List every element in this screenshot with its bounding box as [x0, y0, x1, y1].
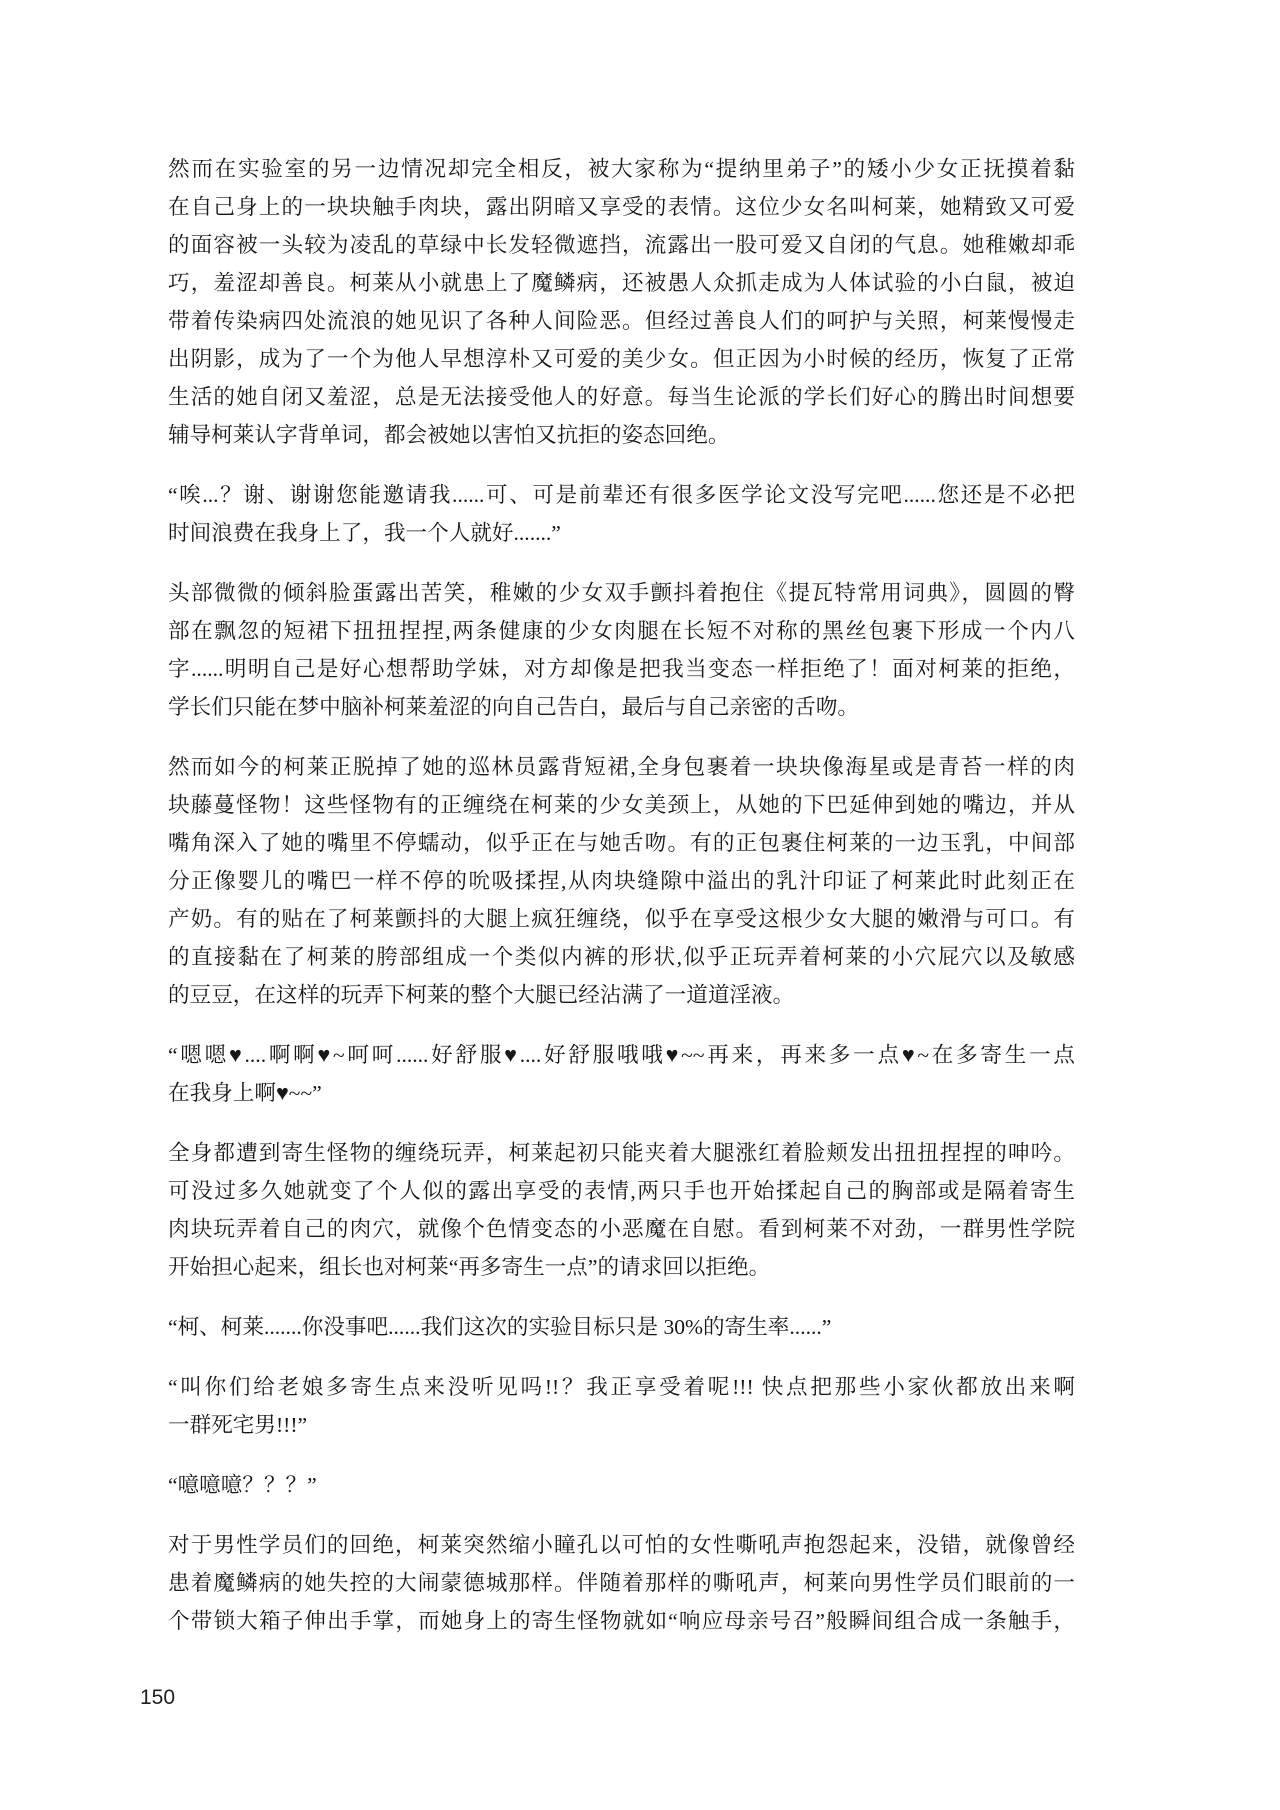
text-line: 块藤蔓怪物！这些怪物有的正缠绕在柯莱的少女美颈上，从她的下巴延伸到她的嘴边，并从 [168, 786, 1075, 824]
text-line: 然而在实验室的另一边情况却完全相反，被大家称为“提纳里弟子”的矮小少女正抚摸着黏 [168, 150, 1075, 188]
document-page: 然而在实验室的另一边情况却完全相反，被大家称为“提纳里弟子”的矮小少女正抚摸着黏… [0, 0, 1280, 1810]
page-body: 然而在实验室的另一边情况却完全相反，被大家称为“提纳里弟子”的矮小少女正抚摸着黏… [168, 150, 1075, 1662]
text-line: 的豆豆，在这样的玩弄下柯莱的整个大腿已经沾满了一道道淫液。 [168, 976, 1075, 1014]
paragraph-dialogue: “叫你们给老娘多寄生点来没听见吗!!？我正享受着呢!!! 快点把那些小家伙都放出… [168, 1368, 1075, 1444]
text-line: 然而如今的柯莱正脱掉了她的巡林员露背短裙,全身包裹着一块块像海星或是青苔一样的肉 [168, 748, 1075, 786]
text-line: 时间浪费在我身上了，我一个人就好.......” [168, 514, 1075, 552]
page-number: 150 [140, 1686, 175, 1710]
text-line: 全身都遭到寄生怪物的缠绕玩弄，柯莱起初只能夹着大腿涨红着脸颊发出扭扭捏捏的呻吟。 [168, 1134, 1075, 1172]
paragraph-narration: 然而如今的柯莱正脱掉了她的巡林员露背短裙,全身包裹着一块块像海星或是青苔一样的肉… [168, 748, 1075, 1014]
text-line: 的直接黏在了柯莱的胯部组成一个类似内裤的形状,似乎正玩弄着柯莱的小穴屁穴以及敏感 [168, 938, 1075, 976]
text-line: 辅导柯莱认字背单词，都会被她以害怕又抗拒的姿态回绝。 [168, 416, 1075, 454]
text-line: 可没过多久她就变了个人似的露出享受的表情,两只手也开始揉起自己的胸部或是隔着寄生 [168, 1172, 1075, 1210]
text-line: 头部微微的倾斜脸蛋露出苦笑，稚嫩的少女双手颤抖着抱住《提瓦特常用词典》，圆圆的臀 [168, 574, 1075, 612]
text-line: 学长们只能在梦中脑补柯莱羞涩的向自己告白，最后与自己亲密的舌吻。 [168, 688, 1075, 726]
paragraph-narration: 然而在实验室的另一边情况却完全相反，被大家称为“提纳里弟子”的矮小少女正抚摸着黏… [168, 150, 1075, 454]
text-line: 产奶。有的贴在了柯莱颤抖的大腿上疯狂缠绕，似乎在享受这根少女大腿的嫩滑与可口。有 [168, 900, 1075, 938]
text-line: 肉块玩弄着自己的肉穴，就像个色情变态的小恶魔在自慰。看到柯莱不对劲，一群男性学院 [168, 1210, 1075, 1248]
text-line: “叫你们给老娘多寄生点来没听见吗!!？我正享受着呢!!! 快点把那些小家伙都放出… [168, 1368, 1075, 1406]
text-line: “唉...？谢、谢谢您能邀请我......可、可是前辈还有很多医学论文没写完吧.… [168, 476, 1075, 514]
paragraph-dialogue: “柯、柯莱.......你没事吧......我们这次的实验目标只是 30%的寄生… [168, 1308, 1075, 1346]
paragraph-dialogue: “噫噫噫？？？” [168, 1466, 1075, 1504]
text-line: “柯、柯莱.......你没事吧......我们这次的实验目标只是 30%的寄生… [168, 1308, 1075, 1346]
text-line: 开始担心起来，组长也对柯莱“再多寄生一点”的请求回以拒绝。 [168, 1248, 1075, 1286]
text-line: 生活的她自闭又羞涩，总是无法接受他人的好意。每当生论派的学长们好心的腾出时间想要 [168, 378, 1075, 416]
text-line: 字......明明自己是好心想帮助学妹，对方却像是把我当变态一样拒绝了！面对柯莱… [168, 650, 1075, 688]
text-line: “噫噫噫？？？” [168, 1466, 1075, 1504]
text-line: 对于男性学员们的回绝，柯莱突然缩小瞳孔以可怕的女性嘶吼声抱怨起来，没错，就像曾经 [168, 1526, 1075, 1564]
text-line: 在自己身上的一块块触手肉块，露出阴暗又享受的表情。这位少女名叫柯莱，她精致又可爱 [168, 188, 1075, 226]
text-line: 出阴影，成为了一个为他人早想淳朴又可爱的美少女。但正因为小时候的经历，恢复了正常 [168, 340, 1075, 378]
text-line: 嘴角深入了她的嘴里不停蠕动，似乎正在与她舌吻。有的正包裹住柯莱的一边玉乳，中间部 [168, 824, 1075, 862]
text-line: 一群死宅男!!!” [168, 1406, 1075, 1444]
paragraph-narration: 全身都遭到寄生怪物的缠绕玩弄，柯莱起初只能夹着大腿涨红着脸颊发出扭扭捏捏的呻吟。… [168, 1134, 1075, 1286]
text-line: “嗯嗯♥....啊啊♥~呵呵......好舒服♥....好舒服哦哦♥~~再来，再… [168, 1036, 1075, 1074]
text-line: 部在飘忽的短裙下扭扭捏捏,两条健康的少女肉腿在长短不对称的黑丝包裹下形成一个内八 [168, 612, 1075, 650]
text-line: 的面容被一头较为凌乱的草绿中长发轻微遮挡，流露出一股可爱又自闭的气息。她稚嫩却乖 [168, 226, 1075, 264]
text-line: 在我身上啊♥~~” [168, 1074, 1075, 1112]
text-line: 患着魔鳞病的她失控的大闹蒙德城那样。伴随着那样的嘶吼声，柯莱向男性学员们眼前的一 [168, 1564, 1075, 1602]
text-line: 巧，羞涩却善良。柯莱从小就患上了魔鳞病，还被愚人众抓走成为人体试验的小白鼠，被迫 [168, 264, 1075, 302]
paragraph-dialogue: “嗯嗯♥....啊啊♥~呵呵......好舒服♥....好舒服哦哦♥~~再来，再… [168, 1036, 1075, 1112]
text-line: 带着传染病四处流浪的她见识了各种人间险恶。但经过善良人们的呵护与关照，柯莱慢慢走 [168, 302, 1075, 340]
text-line: 个带锁大箱子伸出手掌，而她身上的寄生怪物就如“响应母亲号召”般瞬间组合成一条触手… [168, 1602, 1075, 1640]
paragraph-narration: 对于男性学员们的回绝，柯莱突然缩小瞳孔以可怕的女性嘶吼声抱怨起来，没错，就像曾经… [168, 1526, 1075, 1640]
paragraph-dialogue: “唉...？谢、谢谢您能邀请我......可、可是前辈还有很多医学论文没写完吧.… [168, 476, 1075, 552]
paragraph-narration: 头部微微的倾斜脸蛋露出苦笑，稚嫩的少女双手颤抖着抱住《提瓦特常用词典》，圆圆的臀… [168, 574, 1075, 726]
text-line: 分正像婴儿的嘴巴一样不停的吮吸揉捏,从肉块缝隙中溢出的乳汁印证了柯莱此时此刻正在 [168, 862, 1075, 900]
